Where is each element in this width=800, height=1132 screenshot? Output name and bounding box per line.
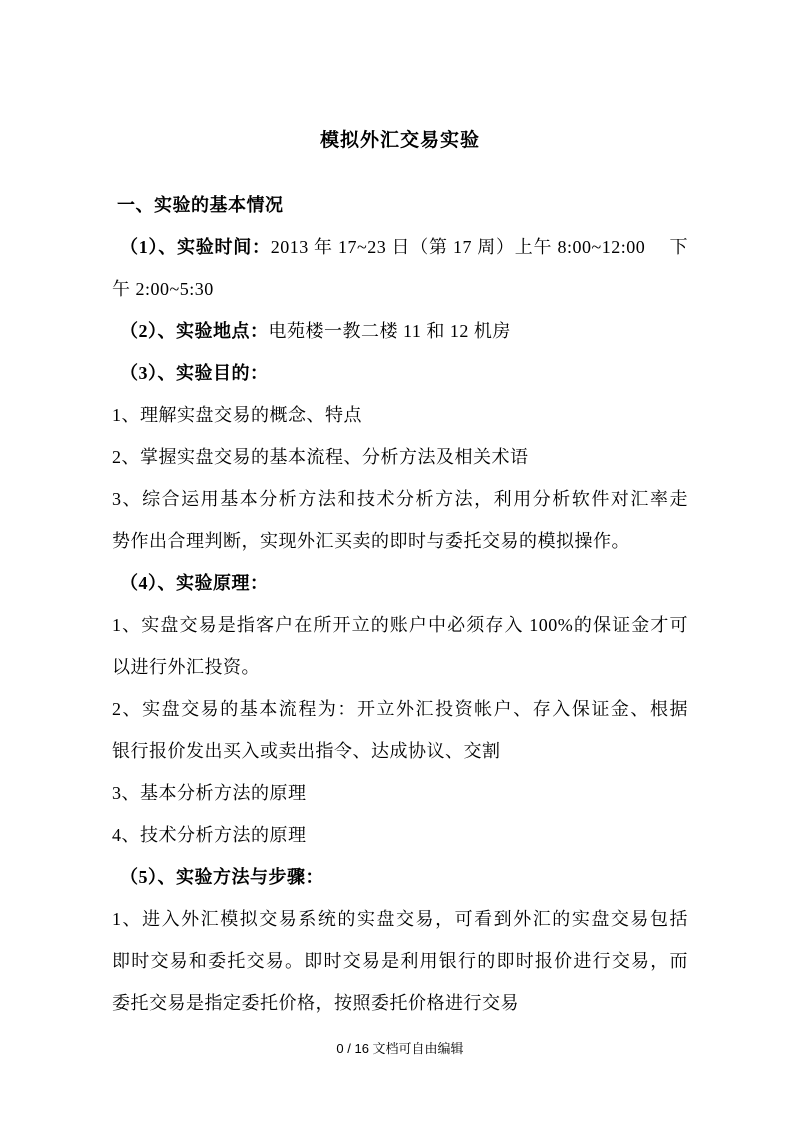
paragraph-line: 势作出合理判断，实现外汇买卖的即时与委托交易的模拟操作。 (112, 520, 688, 562)
bold-label-text: （1）、实验时间： (120, 237, 271, 257)
body-text: 以进行外汇投资。 (112, 657, 260, 677)
body-text: 1、实盘交易是指客户在所开立的账户中必须存入 100%的保证金才可 (112, 615, 688, 635)
document-content: 模拟外汇交易实验 一、实验的基本情况（1）、实验时间：2013 年 17~23 … (112, 119, 688, 1024)
subsection-heading-place: （2）、实验地点：电苑楼一教二楼 11 和 12 机房 (112, 310, 688, 352)
paragraph-line: 银行报价发出买入或卖出指令、达成协议、交割 (112, 730, 688, 772)
paragraph-line: 委托交易是指定委托价格，按照委托价格进行交易 (112, 982, 688, 1024)
body-text: 1、进入外汇模拟交易系统的实盘交易，可看到外汇的实盘交易包括 (112, 909, 688, 929)
paragraph-line: 3、综合运用基本分析方法和技术分析方法，利用分析软件对汇率走 (112, 478, 688, 520)
subsection-heading-time: （1）、实验时间：2013 年 17~23 日（第 17 周）上午 8:00~1… (112, 226, 688, 268)
section-heading: 一、实验的基本情况 (112, 184, 688, 226)
bold-label-text: （5）、实验方法与步骤： (120, 867, 324, 887)
body-text: 委托交易是指定委托价格，按照委托价格进行交易 (112, 993, 519, 1013)
body-text: 2、实盘交易的基本流程为：开立外汇投资帐户、存入保证金、根据 (112, 699, 688, 719)
body-text: 2、掌握实盘交易的基本流程、分析方法及相关术语 (112, 447, 529, 467)
body-text: 3、综合运用基本分析方法和技术分析方法，利用分析软件对汇率走 (112, 489, 688, 509)
subsection-heading-principle: （4）、实验原理： (112, 562, 688, 604)
page-footer-text: 0 / 16 文档可自由编辑 (0, 1040, 800, 1058)
body-text: 势作出合理判断，实现外汇买卖的即时与委托交易的模拟操作。 (112, 531, 630, 551)
paragraph-line: 以进行外汇投资。 (112, 646, 688, 688)
body-text: 4、技术分析方法的原理 (112, 825, 307, 845)
bold-label-text: 一、实验的基本情况 (117, 195, 284, 215)
paragraph-line: 1、实盘交易是指客户在所开立的账户中必须存入 100%的保证金才可 (112, 604, 688, 646)
bold-label-text: （2）、实验地点： (120, 321, 269, 341)
subsection-heading-method: （5）、实验方法与步骤： (112, 856, 688, 898)
bold-label-text: （4）、实验原理： (120, 573, 269, 593)
paragraph-line: 2、掌握实盘交易的基本流程、分析方法及相关术语 (112, 436, 688, 478)
paragraph-line: 4、技术分析方法的原理 (112, 814, 688, 856)
document-title: 模拟外汇交易实验 (112, 119, 688, 162)
paragraph-line: 1、理解实盘交易的概念、特点 (112, 394, 688, 436)
paragraph-line: 即时交易和委托交易。即时交易是利用银行的即时报价进行交易，而 (112, 940, 688, 982)
subsection-heading-purpose: （3）、实验目的： (112, 352, 688, 394)
body-text: 1、理解实盘交易的概念、特点 (112, 405, 362, 425)
document-body: 一、实验的基本情况（1）、实验时间：2013 年 17~23 日（第 17 周）… (112, 184, 688, 1024)
bold-label-text: （3）、实验目的： (120, 363, 269, 383)
document-page: 模拟外汇交易实验 一、实验的基本情况（1）、实验时间：2013 年 17~23 … (0, 0, 800, 1132)
body-text: 即时交易和委托交易。即时交易是利用银行的即时报价进行交易，而 (112, 951, 688, 971)
body-text: 电苑楼一教二楼 11 和 12 机房 (269, 321, 511, 341)
paragraph-line: 3、基本分析方法的原理 (112, 772, 688, 814)
body-text: 午 2:00~5:30 (112, 279, 214, 299)
body-text: 3、基本分析方法的原理 (112, 783, 307, 803)
paragraph-line: 1、进入外汇模拟交易系统的实盘交易，可看到外汇的实盘交易包括 (112, 898, 688, 940)
paragraph-line: 2、实盘交易的基本流程为：开立外汇投资帐户、存入保证金、根据 (112, 688, 688, 730)
paragraph-line: 午 2:00~5:30 (112, 268, 688, 310)
body-text: 2013 年 17~23 日（第 17 周）上午 8:00~12:00 下 (271, 237, 688, 257)
body-text: 银行报价发出买入或卖出指令、达成协议、交割 (112, 741, 501, 761)
